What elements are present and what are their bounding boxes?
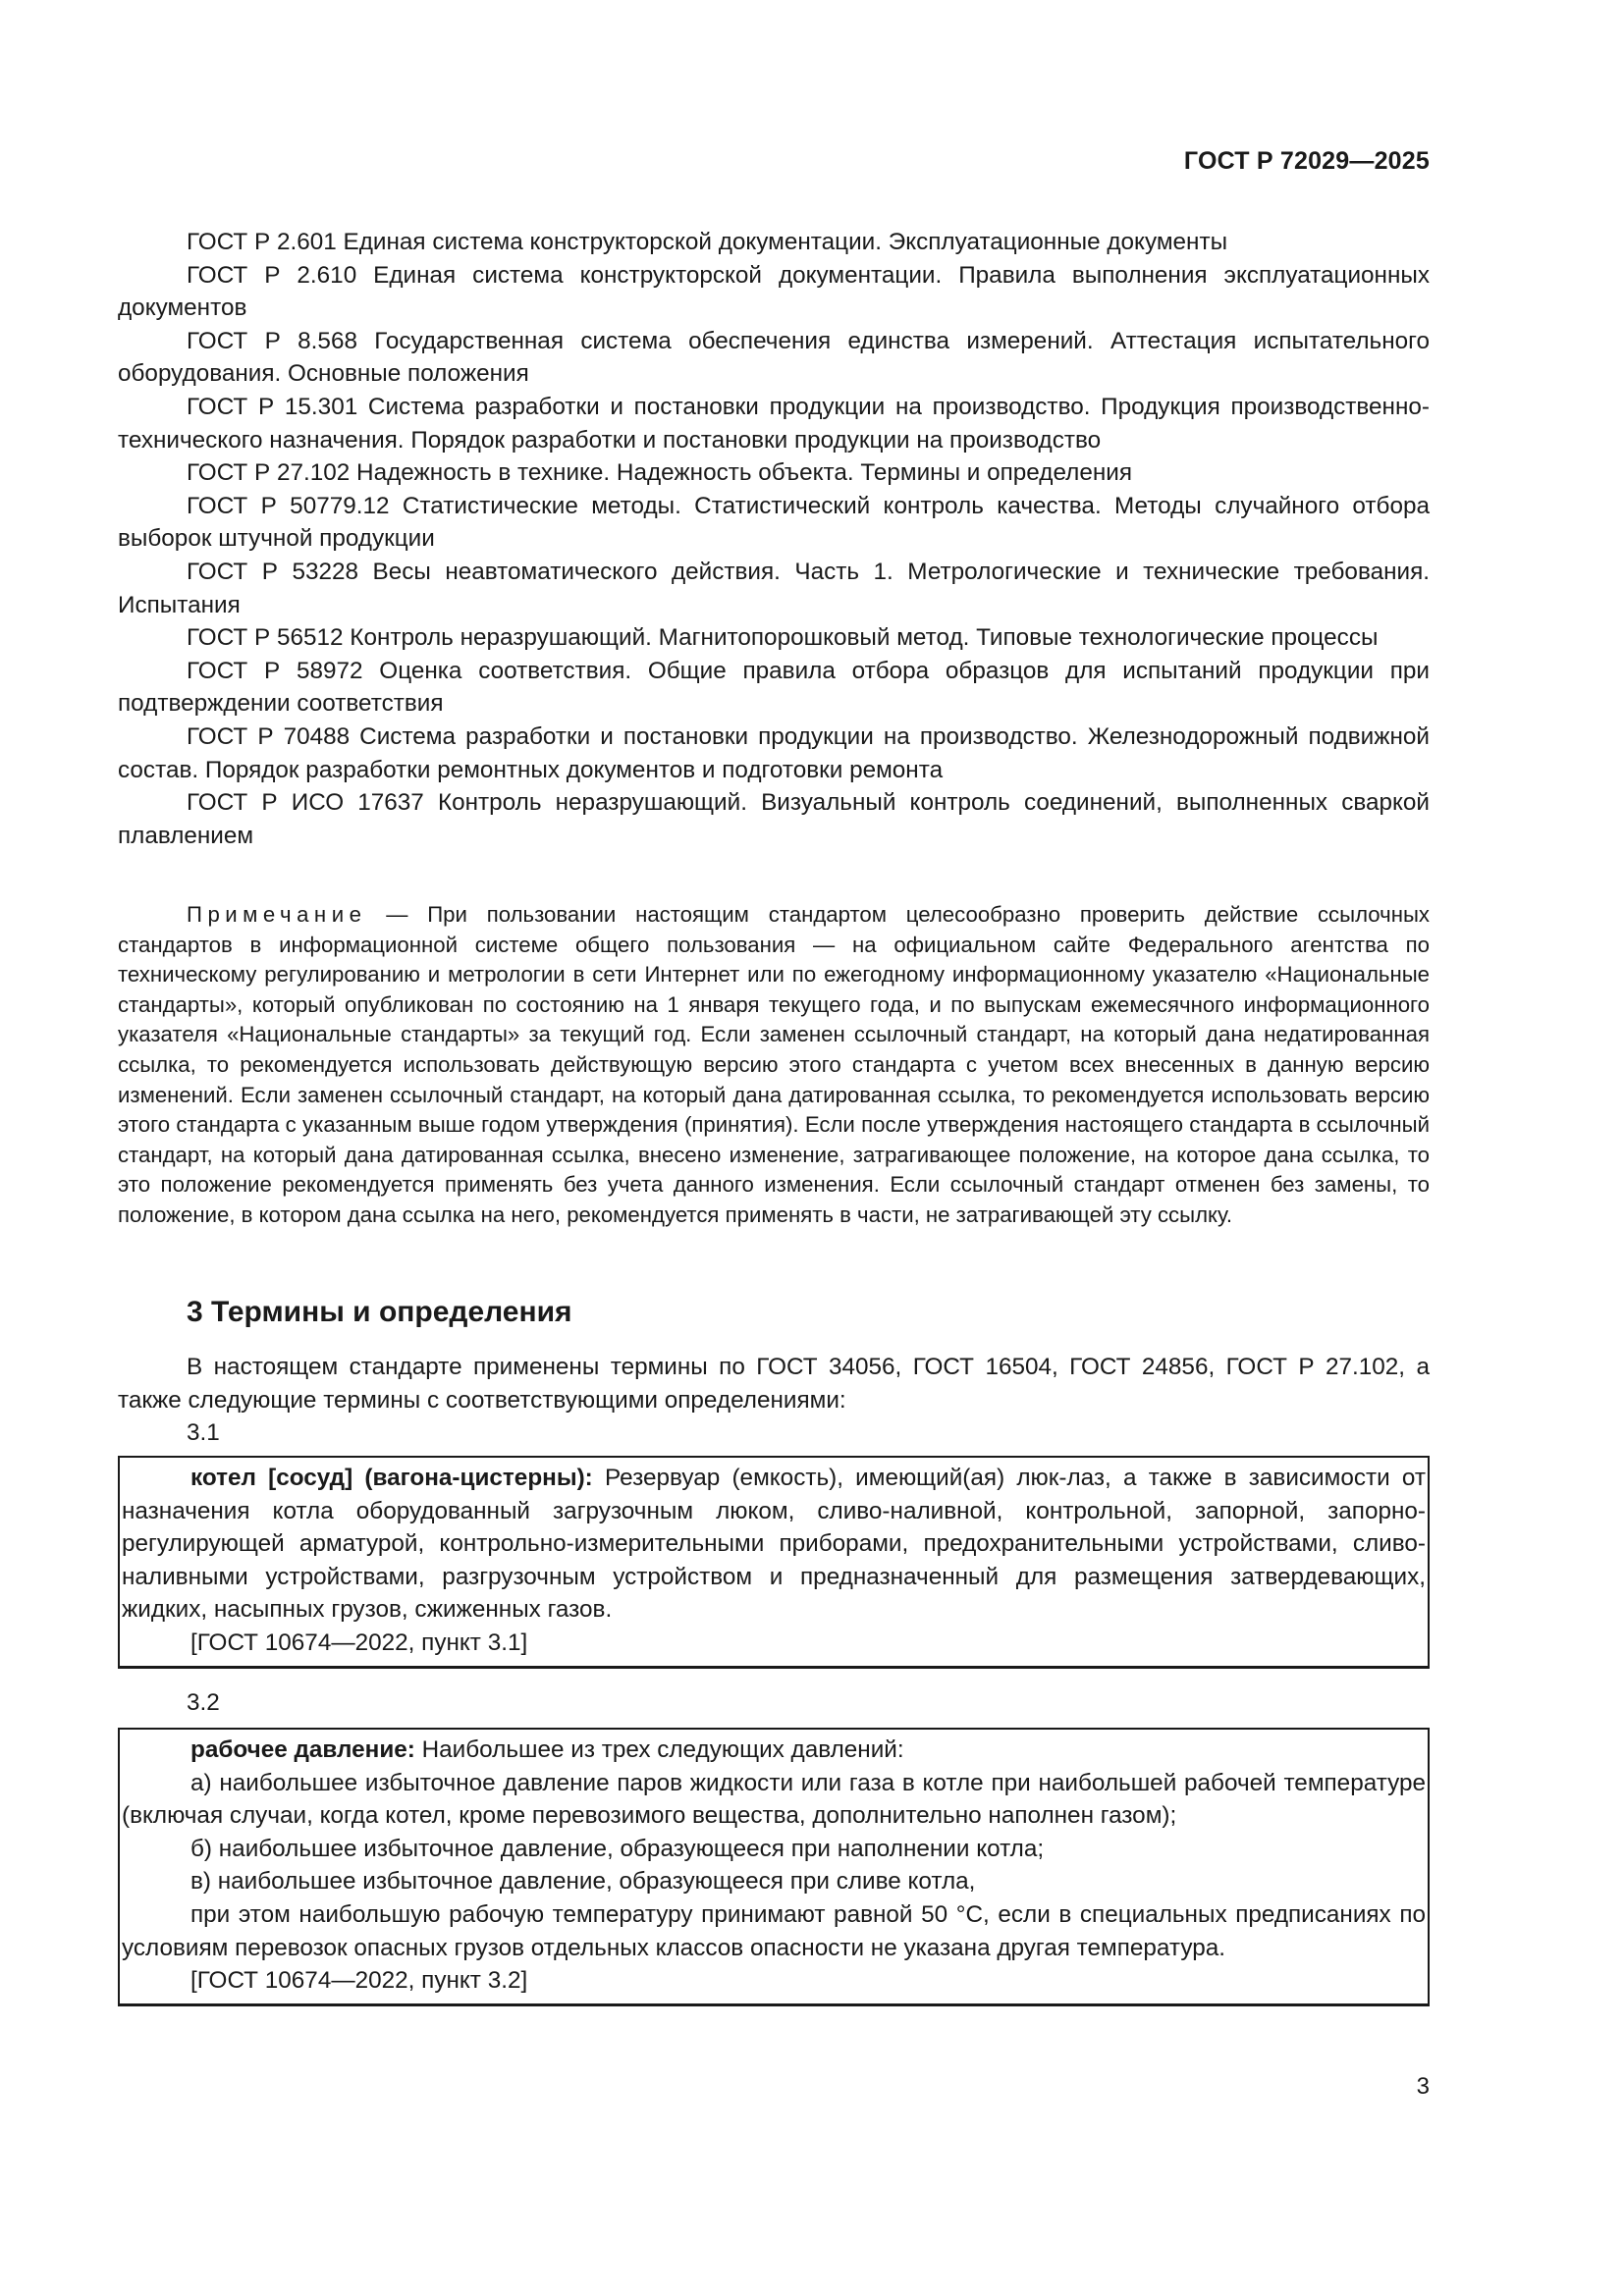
- note-block: Примечание — При пользовании настоящим с…: [118, 900, 1430, 1231]
- term-definition-box: рабочее давление: Наибольшее из трех сле…: [118, 1728, 1430, 2006]
- reference-item: ГОСТ Р ИСО 17637 Контроль неразрушающий.…: [118, 786, 1430, 852]
- note-paragraph: Примечание — При пользовании настоящим с…: [118, 900, 1430, 1231]
- note-text: — При пользовании настоящим стандартом ц…: [118, 902, 1430, 1227]
- reference-item: ГОСТ Р 2.610 Единая система конструкторс…: [118, 259, 1430, 325]
- normative-references-list: ГОСТ Р 2.601 Единая система конструкторс…: [118, 226, 1430, 852]
- term-definition: рабочее давление: Наибольшее из трех сле…: [122, 1734, 1426, 1767]
- term-name: рабочее давление:: [190, 1736, 415, 1763]
- definition-closing: при этом наибольшую рабочую температуру …: [122, 1898, 1426, 1964]
- reference-item: ГОСТ Р 56512 Контроль неразрушающий. Маг…: [118, 621, 1430, 655]
- reference-item: ГОСТ Р 50779.12 Статистические методы. С…: [118, 490, 1430, 556]
- running-header: ГОСТ Р 72029—2025: [1184, 147, 1430, 176]
- reference-item: ГОСТ Р 8.568 Государственная система обе…: [118, 325, 1430, 391]
- term-source: [ГОСТ 10674—2022, пункт 3.2]: [122, 1964, 1426, 1998]
- note-label: Примечание: [187, 902, 366, 927]
- section-intro: В настоящем стандарте применены термины …: [118, 1351, 1430, 1416]
- definition-text: Наибольшее из трех следующих давлений:: [415, 1736, 904, 1763]
- definition-item: б) наибольшее избыточное давление, образ…: [122, 1833, 1426, 1866]
- term-number: 3.1: [187, 1419, 220, 1447]
- definition-item: в) наибольшее избыточное давление, образ…: [122, 1865, 1426, 1898]
- intro-paragraph: В настоящем стандарте применены термины …: [118, 1351, 1430, 1416]
- reference-item: ГОСТ Р 53228 Весы неавтоматического дейс…: [118, 556, 1430, 621]
- reference-item: ГОСТ Р 27.102 Надежность в технике. Наде…: [118, 456, 1430, 490]
- term-source: [ГОСТ 10674—2022, пункт 3.1]: [122, 1627, 1426, 1660]
- term-number: 3.2: [187, 1689, 220, 1717]
- term-definition: котел [сосуд] (вагона-цистерны): Резерву…: [122, 1462, 1426, 1627]
- reference-item: ГОСТ Р 2.601 Единая система конструкторс…: [118, 226, 1430, 259]
- reference-item: ГОСТ Р 58972 Оценка соответствия. Общие …: [118, 655, 1430, 721]
- term-definition-box: котел [сосуд] (вагона-цистерны): Резерву…: [118, 1456, 1430, 1669]
- term-name: котел [сосуд] (вагона-цистерны):: [190, 1465, 593, 1491]
- definition-item: а) наибольшее избыточное давление паров …: [122, 1767, 1426, 1833]
- reference-item: ГОСТ Р 70488 Система разработки и постан…: [118, 721, 1430, 786]
- section-title: 3 Термины и определения: [187, 1296, 572, 1329]
- page-number: 3: [1417, 2073, 1430, 2101]
- reference-item: ГОСТ Р 15.301 Система разработки и поста…: [118, 391, 1430, 456]
